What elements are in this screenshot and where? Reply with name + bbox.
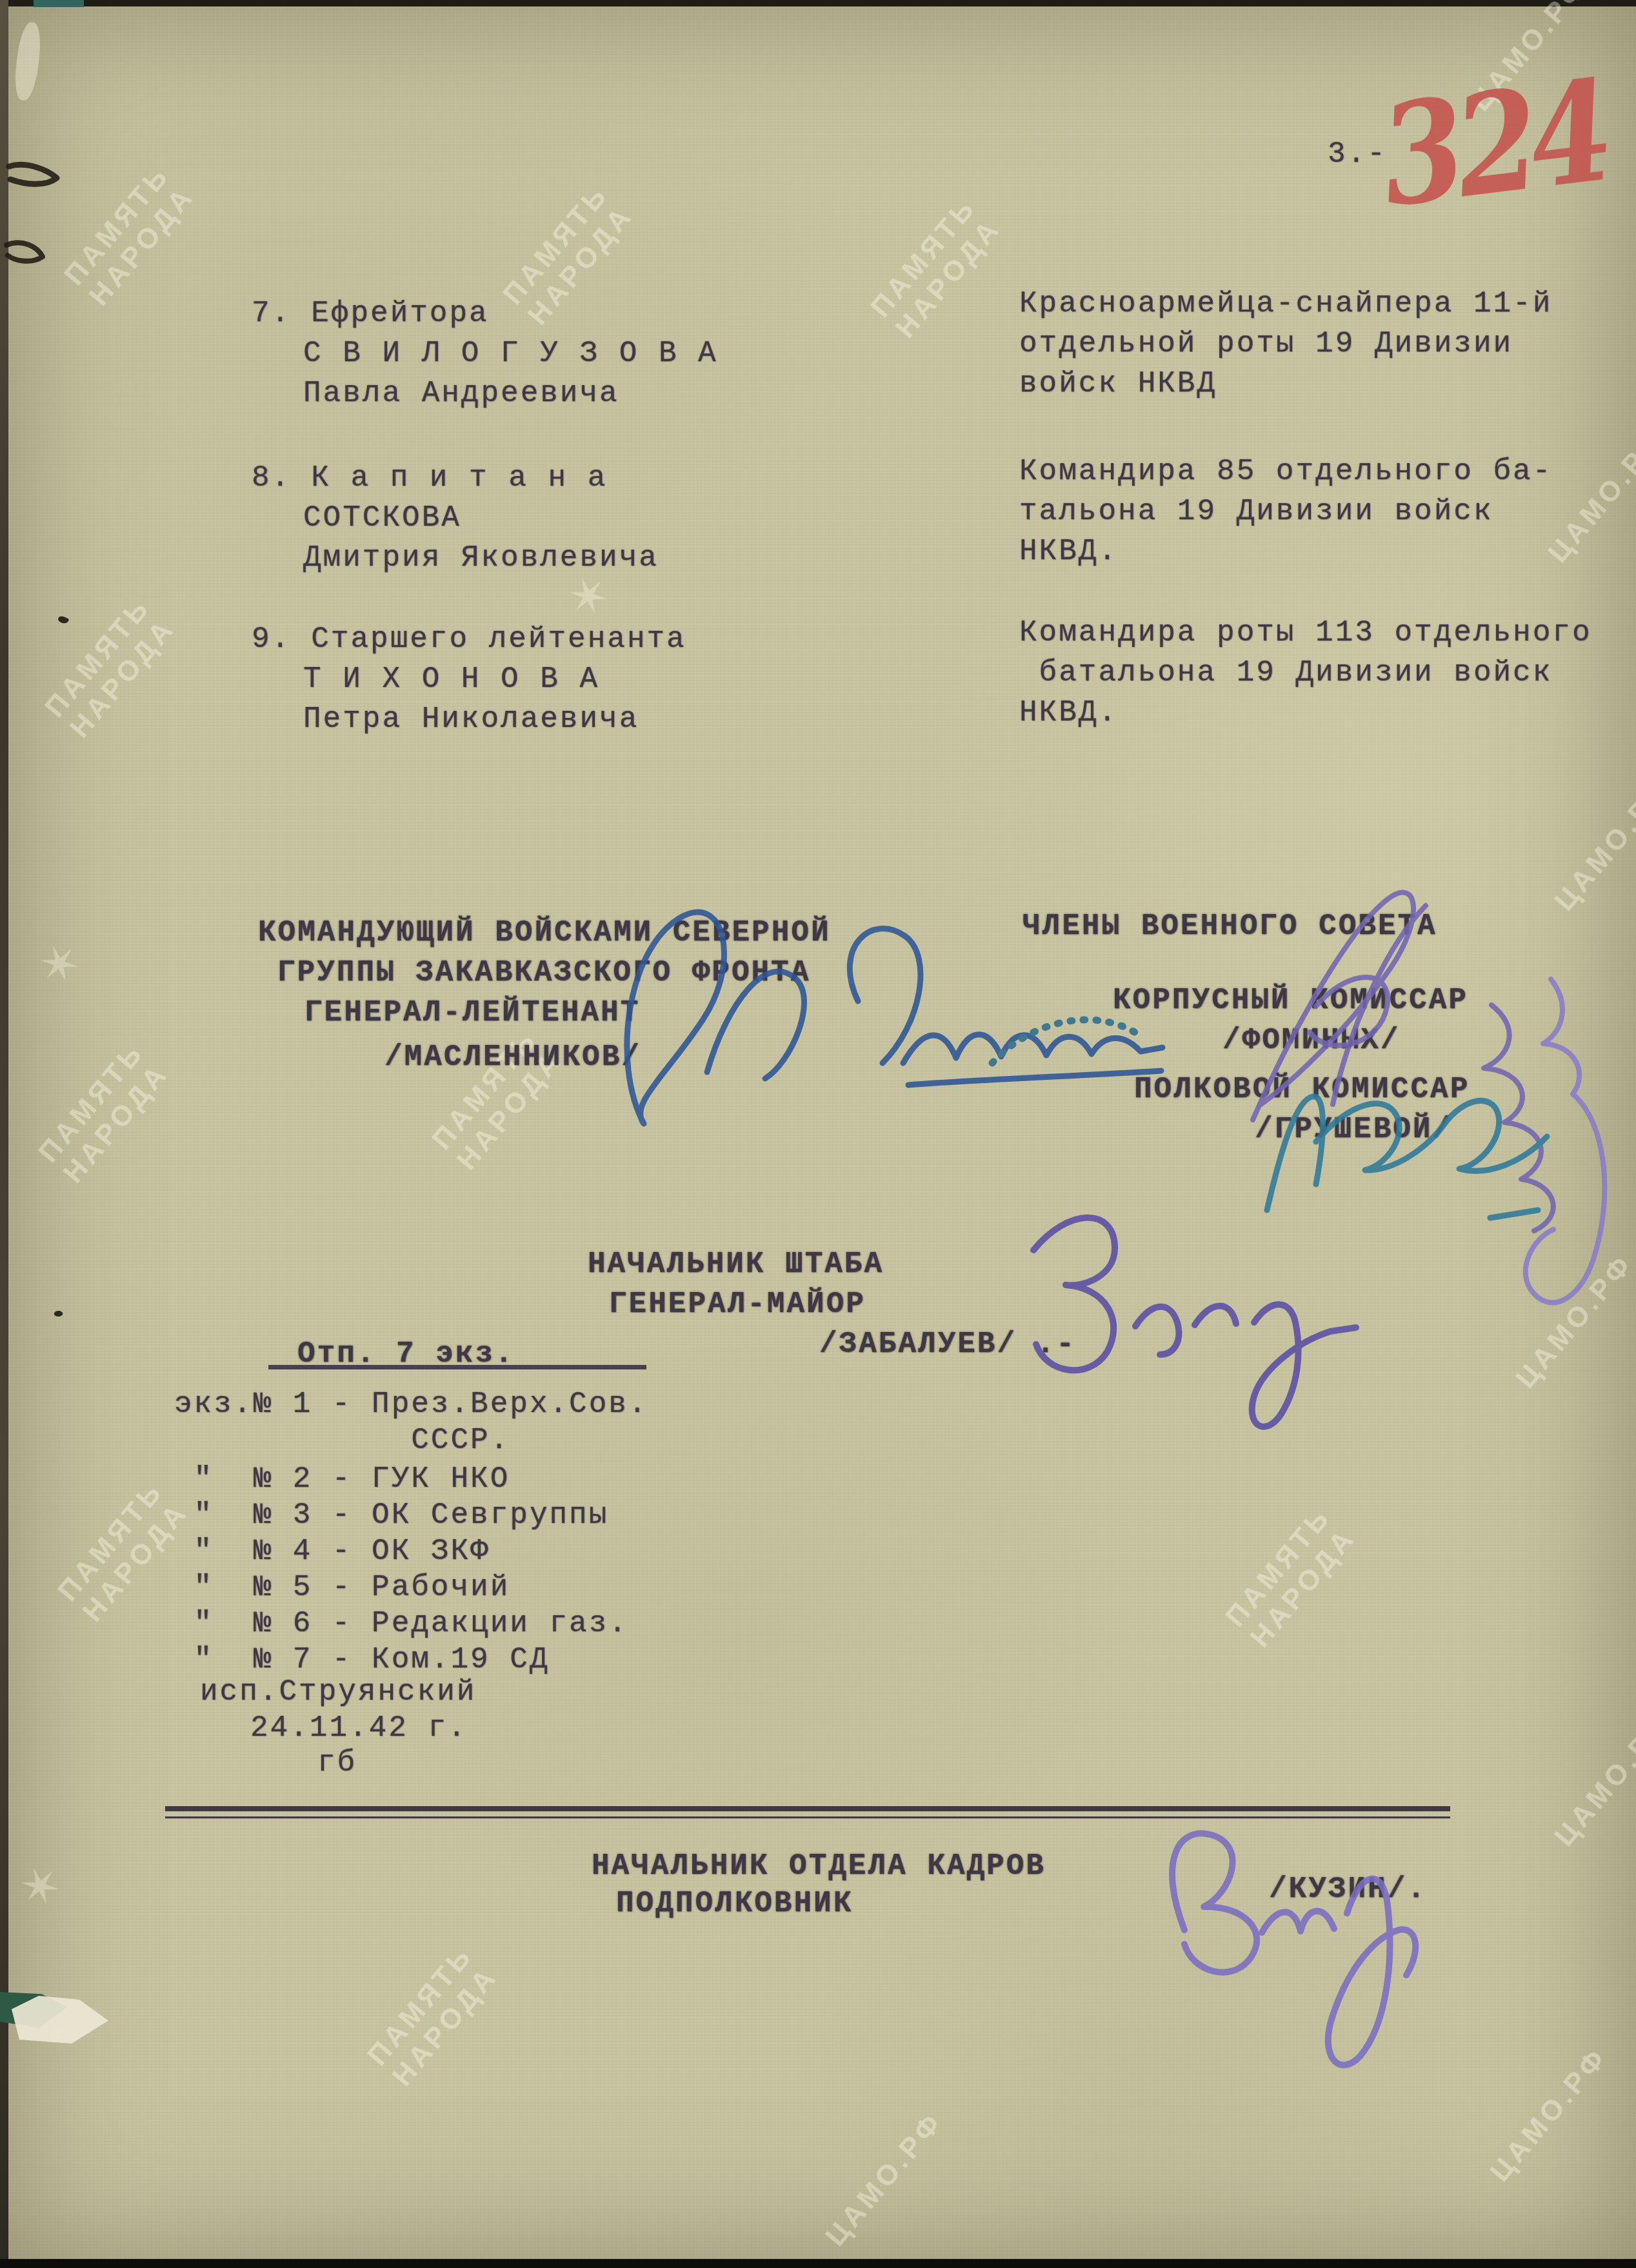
personnel-chief-rank: ПОДПОЛКОВНИК: [616, 1884, 853, 1924]
entry-8-rank-line: 8.К а п и т а н а: [252, 458, 607, 498]
entry-8-position-line: тальона 19 Дивизии войск: [1019, 492, 1493, 532]
watermark-camo: ЦАМО.РФ: [1510, 1248, 1636, 1395]
distribution-line: " № 4 - ОК ЗКФ: [174, 1531, 490, 1571]
signature-zabaluev: [1033, 1218, 1356, 1427]
council-member1-rank: КОРПУСНЫЙ КОМИССАР: [1113, 980, 1468, 1020]
binding-thread-icon: [9, 164, 57, 184]
entry-number: 9.: [252, 622, 291, 656]
distribution-line: СССР.: [174, 1420, 510, 1460]
date-line: 24.11.42 г.: [250, 1708, 468, 1748]
distribution-header-underline: [268, 1328, 646, 1369]
council-member2-rank: ПОЛКОВОЙ КОМИССАР: [1134, 1069, 1470, 1109]
watermark-pamyat-naroda: ПАМЯТЬНАРОДА: [32, 1037, 175, 1190]
watermark-star-icon: ✶: [30, 930, 90, 1000]
entry-rank: К а п и т а н а: [311, 461, 607, 495]
watermark-pamyat-naroda: ПАМЯТЬНАРОДА: [52, 1475, 195, 1629]
entry-9-position-line: НКВД.: [1019, 693, 1118, 733]
scan-edge-left: [0, 0, 8, 2268]
distribution-line: " № 3 - ОК Севгруппы: [174, 1495, 608, 1535]
ink-speck-1: [57, 615, 70, 625]
section-divider-rule: [165, 1806, 1450, 1818]
entry-9-position-line: батальона 19 Дивизии войск: [1019, 653, 1552, 693]
signature-purple-swirl: [1526, 979, 1605, 1302]
handwritten-page-number: 324: [1373, 49, 1614, 238]
entry-7-rank-line: 7.Ефрейтора: [252, 293, 489, 333]
signature-kuzin: [1172, 1833, 1415, 2065]
entry-9-surname: Т И Х О Н О В А: [303, 659, 599, 699]
commander-title-line: ГРУППЫ ЗАКАВКАЗСКОГО ФРОНТА: [277, 953, 810, 993]
entry-number: 7.: [252, 297, 291, 330]
distribution-line: " № 2 - ГУК НКО: [174, 1459, 510, 1499]
entry-9-rank-line: 9.Старшего лейтенанта: [252, 619, 686, 659]
scan-edge-bottom: [0, 2259, 1636, 2268]
watermark-star-icon: ✶: [10, 1853, 70, 1922]
chief-of-staff-name: /ЗАБАЛУЕВ/ .-: [819, 1324, 1076, 1364]
distribution-line: " № 6 - Редакции газ.: [174, 1604, 628, 1644]
council-title: ЧЛЕНЫ ВОЕННОГО СОВЕТА: [1022, 906, 1437, 946]
watermark-camo: ЦАМО.РФ: [819, 2105, 950, 2253]
signature-dotted-flourish: [992, 1020, 1141, 1063]
commander-rank: ГЕНЕРАЛ-ЛЕЙТЕНАНТ: [304, 993, 640, 1033]
scan-edge-top-teal-fragment: [34, 0, 84, 7]
watermark-pamyat-naroda: ПАМЯТЬНАРОДА: [1219, 1501, 1362, 1655]
typed-page-number: 3.-: [1328, 134, 1387, 174]
personnel-chief-name: /КУЗИН/.: [1269, 1869, 1427, 1909]
watermark-camo: ЦАМО.РФ: [1548, 1706, 1636, 1853]
scanned-document-page: ЦАМО.РФ ПАМЯТЬНАРОДА ПАМЯТЬНАРОДА ПАМЯТЬ…: [0, 0, 1636, 2268]
watermark-camo: ЦАМО.РФ: [1548, 770, 1636, 917]
watermark-pamyat-naroda: ПАМЯТЬНАРОДА: [497, 179, 640, 332]
entry-rank: Ефрейтора: [311, 297, 488, 330]
entry-9-name: Петра Николаевича: [303, 699, 639, 739]
scan-edge-top: [0, 0, 1636, 6]
entry-7-position-line: Красноармейца-снайпера 11-й: [1019, 284, 1552, 324]
watermark-pamyat-naroda: ПАМЯТЬНАРОДА: [58, 159, 201, 313]
typist-initials: гб: [317, 1743, 357, 1783]
entry-7-surname: С В И Л О Г У З О В А: [303, 333, 718, 373]
entry-7-position-line: отдельной роты 19 Дивизии: [1019, 324, 1513, 364]
executor-line: исп.Струянский: [200, 1672, 476, 1712]
watermark-camo: ЦАМО.РФ: [1484, 2041, 1614, 2188]
watermark-camo: ЦАМО.РФ: [1542, 422, 1636, 569]
watermark-pamyat-naroda: ПАМЯТЬНАРОДА: [864, 192, 1008, 345]
watermark-pamyat-naroda: ПАМЯТЬНАРОДА: [361, 1940, 504, 2093]
entry-8-position-line: НКВД.: [1019, 532, 1118, 572]
entry-7-position-line: войск НКВД: [1019, 364, 1217, 404]
entry-8-surname: СОТСКОВА: [303, 498, 461, 538]
distribution-line: экз.№ 1 - През.Верх.Сов.: [174, 1384, 648, 1424]
council-member1-name: /ФОМИНЫХ/: [1222, 1020, 1400, 1060]
entry-7-name: Павла Андреевича: [303, 373, 619, 413]
chief-of-staff-rank: ГЕНЕРАЛ-МАЙОР: [609, 1284, 866, 1324]
chief-of-staff-title: НАЧАЛЬНИК ШТАБА: [588, 1244, 884, 1284]
binding-thread-icon: [6, 243, 43, 261]
ink-speck-2: [54, 1309, 63, 1318]
commander-name: /МАСЛЕННИКОВ/: [384, 1037, 641, 1077]
entry-number: 8.: [252, 461, 291, 495]
entry-9-position-line: Командира роты 113 отдельного: [1019, 613, 1592, 653]
commander-title-line: КОМАНДУЮЩИЙ ВОЙСКАМИ СЕВЕРНОЙ: [258, 913, 831, 953]
paper-scuff-topleft: [12, 21, 44, 101]
distribution-line: " № 5 - Рабочий: [174, 1567, 510, 1607]
entry-8-name: Дмитрия Яковлевича: [303, 538, 659, 578]
personnel-chief-title: НАЧАЛЬНИК ОТДЕЛА КАДРОВ: [592, 1846, 1046, 1886]
paper-tear-corner-white: [12, 1996, 108, 2044]
entry-rank: Старшего лейтенанта: [311, 622, 686, 656]
council-member2-name: /ГРУШЕВОЙ/: [1255, 1109, 1452, 1149]
watermark-pamyat-naroda: ПАМЯТЬНАРОДА: [39, 592, 182, 745]
entry-8-position-line: Командира 85 отдельного ба-: [1019, 452, 1552, 492]
